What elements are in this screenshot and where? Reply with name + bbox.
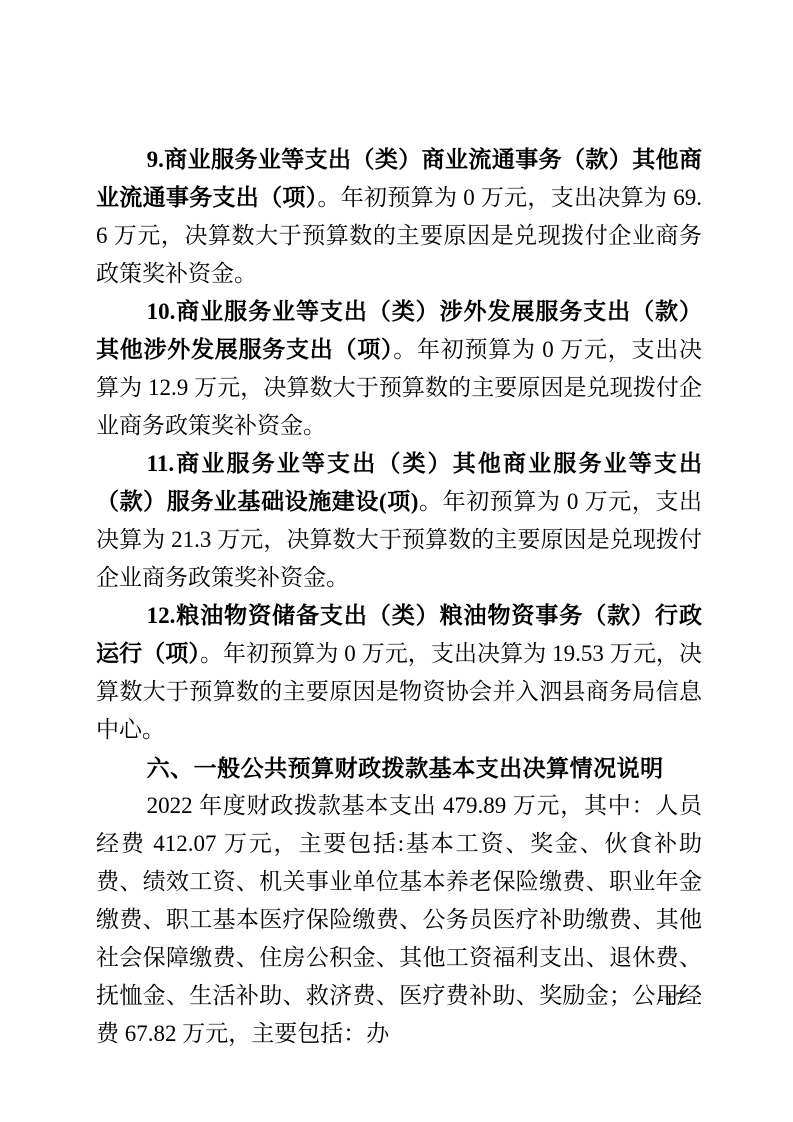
section-heading: 六、一般公共预算财政拨款基本支出决算情况说明: [96, 749, 702, 787]
document-page: 9.商业服务业等支出（类）商业流通事务（款）其他商业流通事务支出（项）。年初预算…: [0, 0, 793, 1122]
paragraph-item-12: 12.粮油物资储备支出（类）粮油物资事务（款）行政运行（项）。年初预算为 0 万…: [96, 597, 702, 749]
document-body: 9.商业服务业等支出（类）商业流通事务（款）其他商业流通事务支出（项）。年初预算…: [96, 141, 702, 1053]
paragraph-item-10: 10.商业服务业等支出（类）涉外发展服务支出（款）其他涉外发展服务支出（项）。年…: [96, 293, 702, 445]
section-paragraph: 2022 年度财政拨款基本支出 479.89 万元，其中：人员经费 412.07…: [96, 787, 702, 1053]
paragraph-item-11: 11.商业服务业等支出（类）其他商业服务业等支出（款）服务业基础设施建设(项)。…: [96, 445, 702, 597]
paragraph-item-9: 9.商业服务业等支出（类）商业流通事务（款）其他商业流通事务支出（项）。年初预算…: [96, 141, 702, 293]
page-number: -17-: [657, 988, 693, 1012]
